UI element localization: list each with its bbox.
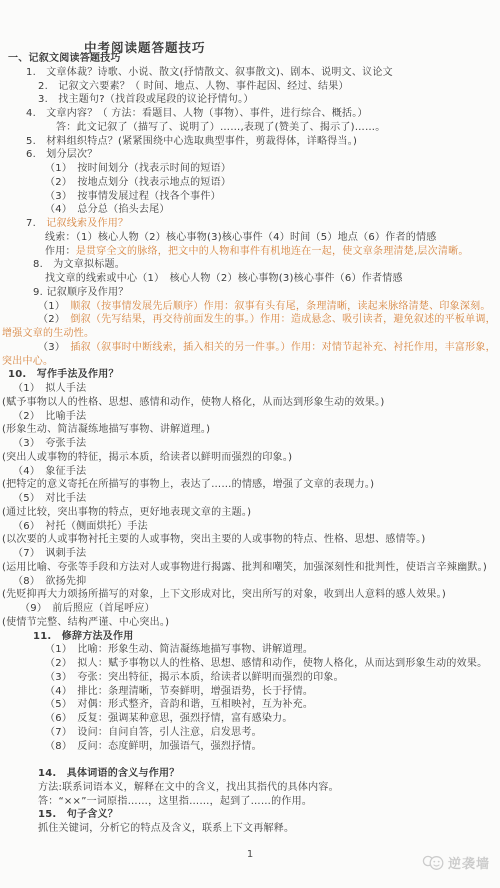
text-line: （6） 衬托（侧面烘托）手法	[0, 520, 500, 534]
text-line: （1） 比喻：形象生动、简洁凝练地描写事物、讲解道理。	[0, 643, 500, 657]
smiley-bubbles-icon	[422, 854, 445, 871]
text-line: 突出中心。	[0, 355, 500, 369]
text-segment: (以次要的人或事物衬托主要的人或事物，突出主要的人或事物的特点、性格、思想、感情…	[2, 534, 426, 545]
text-segment: （1） 按时间划分（找表示时间的短语）	[45, 163, 231, 174]
text-line: 15. 句子含义？	[0, 808, 500, 822]
document-page: 中考阅读题答题技巧 一、记叙文阅读答题技巧1. 文章体裁？诗歌、小说、散文(抒情…	[0, 0, 500, 888]
text-segment: （1）	[38, 301, 70, 312]
text-line: 11. 修辞方法及作用	[0, 630, 500, 644]
text-segment: （5） 对比手法	[13, 493, 86, 504]
text-segment: (通过比较，突出事物的特点，更好地表现文章的主题。)	[2, 507, 251, 518]
text-segment: （3） 夸张：突出特征，揭示本质，给读者以鲜明而强烈的印象。	[45, 672, 344, 683]
text-line: （2） 拟人：赋予事物以人的性格、思想、感情和动作，使物人格化，从而达到形象生动…	[0, 657, 500, 671]
text-segment: （4） 总分总（掐头去尾）	[45, 204, 170, 215]
text-segment: （2） 按地点划分（找表示地点的短语）	[45, 177, 231, 188]
text-segment: 答：“××”一词原指……，这里指……，起到了……的作用。	[38, 796, 312, 807]
text-line: （1） 按时间划分（找表示时间的短语）	[0, 162, 500, 176]
text-line: 线索：（1）核心人物（2）核心事物(3)核心事件（4）时间（5）地点（6）作者的…	[0, 231, 500, 245]
text-segment: （3） 按事情发展过程（找各个事件）	[45, 191, 221, 202]
text-line: 9. 记叙顺序及作用？	[0, 286, 500, 300]
text-segment: (突出人或事物的特征，揭示本质，给读者以鲜明而强烈的印象。)	[2, 452, 292, 463]
text-segment: （3） 夸张手法	[13, 438, 86, 449]
text-line: (通过比较，突出事物的特点，更好地表现文章的主题。)	[0, 506, 500, 520]
text-segment: （6） 反复：强调某种意思，强烈抒情，富有感染力。	[45, 713, 293, 724]
text-segment: （7） 讽刺手法	[13, 548, 86, 559]
text-segment: （4） 象征手法	[13, 466, 86, 477]
text-line: （2） 比喻手法	[0, 410, 500, 424]
text-segment: （7） 设问：自问自答，引人注意，启发思考。	[45, 727, 262, 738]
text-line: 4. 文章内容？（ 方法：看题目、人物（事物）、事件，进行综合、概括。）	[0, 107, 500, 121]
text-segment: (把特定的意义寄托在所描写的事物上，表达了……的情感，增强了文章的表现力。)	[2, 479, 374, 490]
text-segment: 突出中心。	[2, 356, 53, 367]
text-line: (把特定的意义寄托在所描写的事物上，表达了……的情感，增强了文章的表现力。)	[0, 478, 500, 492]
text-line: （1） 拟人手法	[0, 382, 500, 396]
text-segment: (先贬抑再大力颂扬所描写的对象，上下文形成对比，突出所写的对象，收到出人意料的感…	[2, 589, 446, 600]
text-line: （3） 夸张手法	[0, 437, 500, 451]
text-segment: 是贯穿全文的脉络，把文中的人物和事件有机地连在一起，使文章条理清楚,层次清晰。	[76, 246, 469, 257]
text-line: 1. 文章体裁？诗歌、小说、散文(抒情散文、叙事散文)、剧本、说明文、议论文	[0, 66, 500, 80]
text-segment: 5. 材料组织特点？(紧紧围绕中心选取典型事件，剪裁得体，详略得当。)	[26, 136, 357, 147]
text-segment: （2） 拟人：赋予事物以人的性格、思想、感情和动作，使物人格化，从而达到形象生动…	[45, 658, 487, 669]
text-line: （3） 夸张：突出特征，揭示本质，给读者以鲜明而强烈的印象。	[0, 671, 500, 685]
text-segment: 8. 为文章拟标题。	[33, 259, 125, 270]
text-segment: 7.	[26, 218, 46, 229]
text-segment: （4） 排比：条理清晰，节奏鲜明，增强语势，长于抒情。	[45, 686, 313, 697]
blank-line	[0, 753, 500, 767]
text-line: （7） 讽刺手法	[0, 547, 500, 561]
text-segment: 3. 找主题句?（找首段或尾段的议论抒情句。）	[38, 94, 254, 105]
text-line: (突出人或事物的特征，揭示本质，给读者以鲜明而强烈的印象。)	[0, 451, 500, 465]
text-line: （3） 插叙（叙事时中断线索，插入相关的另一件事。）作用：对情节起补充、衬托作用…	[0, 341, 500, 355]
text-segment: 作用：	[45, 246, 76, 257]
text-line: (以次要的人或事物衬托主要的人或事物，突出主要的人或事物的特点、性格、思想、感情…	[0, 533, 500, 547]
text-line: 7. 记叙线索及作用？	[0, 217, 500, 231]
watermark: 逆袭墙	[422, 853, 490, 872]
text-segment: 2. 记叙文六要素？（ 时间、地点、人物、事件起因、经过、结果）	[38, 81, 349, 92]
text-line: （2） 倒叙（先写结果，再交待前面发生的事。）作用：造成悬念、吸引读者，避免叙述…	[0, 313, 500, 327]
text-segment: （1） 比喻：形象生动、简洁凝练地描写事物、讲解道理。	[45, 644, 313, 655]
text-line: （5） 对比手法	[0, 492, 500, 506]
text-line: （1） 顺叙（按事情发展先后顺序）作用：叙事有头有尾，条理清晰，读起来脉络清楚、…	[0, 300, 500, 314]
text-segment: 增强文章的生动性。	[2, 328, 94, 339]
text-segment: 14. 具体词语的含义与作用？	[38, 768, 179, 779]
text-line: （7） 设问：自问自答，引人注意，启发思考。	[0, 726, 500, 740]
text-segment: （6） 衬托（侧面烘托）手法	[13, 521, 148, 532]
text-segment: 倒叙（先写结果，再交待前面发生的事。）作用：造成悬念、吸引读者，避免叙述的平板单…	[70, 314, 496, 325]
document-body: 一、记叙文阅读答题技巧1. 文章体裁？诗歌、小说、散文(抒情散文、叙事散文)、剧…	[0, 52, 500, 836]
text-line: 2. 记叙文六要素？（ 时间、地点、人物、事件起因、经过、结果）	[0, 80, 500, 94]
text-line: 作用：是贯穿全文的脉络，把文中的人物和事件有机地连在一起，使文章条理清楚,层次清…	[0, 245, 500, 259]
text-line: 8. 为文章拟标题。	[0, 258, 500, 272]
text-segment: （2） 比喻手法	[13, 411, 86, 422]
text-line: （8） 欲扬先抑	[0, 575, 500, 589]
text-line: 6. 划分层次？	[0, 148, 500, 162]
text-line: 方法:联系词语本义，解释在文中的含义，找出其指代的具体内容。	[0, 781, 500, 795]
text-segment: 记叙线索及作用？	[46, 218, 128, 229]
text-segment: 答：此文记叙了（描写了、说明了）……,表现了(赞美了、揭示了)……。	[56, 122, 385, 133]
text-segment: 插叙（叙事时中断线索，插入相关的另一件事。）作用：对情节起补充、衬托作用，丰富形…	[70, 342, 496, 353]
text-segment: （1） 拟人手法	[13, 383, 86, 394]
text-line: (使情节完整、结构严谨、中心突出。)	[0, 616, 500, 630]
text-line: （5） 对偶：形式整齐，音韵和谐，互相映衬，互为补充。	[0, 698, 500, 712]
text-line: （4） 象征手法	[0, 465, 500, 479]
text-segment: （3）	[38, 342, 70, 353]
text-line: （8） 反问：态度鲜明，加强语气，强烈抒情。	[0, 740, 500, 754]
text-line: 找文章的线索或中心（1） 核心人物（2）核心事物(3)核心事件（6）作者情感	[0, 272, 500, 286]
text-line: （4） 总分总（掐头去尾）	[0, 203, 500, 217]
text-line: 抓住关键词，分析它的特点及含义，联系上下文再解释。	[0, 822, 500, 836]
text-segment: （8） 欲扬先抑	[13, 576, 86, 587]
text-line: （2） 按地点划分（找表示地点的短语）	[0, 176, 500, 190]
text-segment: 6. 划分层次？	[26, 149, 98, 160]
text-line: （6） 反复：强调某种意思，强烈抒情，富有感染力。	[0, 712, 500, 726]
text-line: 答：此文记叙了（描写了、说明了）……,表现了(赞美了、揭示了)……。	[0, 121, 500, 135]
text-line: (运用比喻、夸张等手段和方法对人或事物进行揭露、批判和嘲笑，加强深刻性和批判性，…	[0, 561, 500, 575]
text-line: (形象生动、简洁凝练地描写事物、讲解道理。)	[0, 423, 500, 437]
text-segment: （9） 前后照应（首尾呼应）	[20, 603, 155, 614]
text-line: 14. 具体词语的含义与作用？	[0, 767, 500, 781]
text-line: （9） 前后照应（首尾呼应）	[0, 602, 500, 616]
text-line: (赋予事物以人的性格、思想、感情和动作，使物人格化，从而达到形象生动的效果。)	[0, 396, 500, 410]
text-segment: 找文章的线索或中心（1） 核心人物（2）核心事物(3)核心事件（6）作者情感	[45, 273, 403, 284]
text-segment: (运用比喻、夸张等手段和方法对人或事物进行揭露、批判和嘲笑，加强深刻性和批判性，…	[2, 562, 487, 573]
text-segment: 9. 记叙顺序及作用？	[33, 287, 128, 298]
text-segment: 4. 文章内容？（ 方法：看题目、人物（事物）、事件，进行综合、概括。）	[26, 108, 368, 119]
text-segment: (赋予事物以人的性格、思想、感情和动作，使物人格化，从而达到形象生动的效果。)	[2, 397, 385, 408]
text-segment: (使情节完整、结构严谨、中心突出。)	[2, 617, 169, 628]
text-line: 3. 找主题句?（找首段或尾段的议论抒情句。）	[0, 93, 500, 107]
text-segment: 1. 文章体裁？诗歌、小说、散文(抒情散文、叙事散文)、剧本、说明文、议论文	[26, 67, 393, 78]
text-line: 增强文章的生动性。	[0, 327, 500, 341]
text-line: （4） 排比：条理清晰，节奏鲜明，增强语势，长于抒情。	[0, 685, 500, 699]
text-line: (先贬抑再大力颂扬所描写的对象，上下文形成对比，突出所写的对象，收到出人意料的感…	[0, 588, 500, 602]
text-segment: （5） 对偶：形式整齐，音韵和谐，互相映衬，互为补充。	[45, 699, 313, 710]
text-line: 10. 写作手法及作用？	[0, 368, 500, 382]
text-segment: 顺叙（按事情发展先后顺序）作用：叙事有头有尾，条理清晰，读起来脉络清楚、印象深刻…	[70, 301, 490, 312]
text-segment: 一、记叙文阅读答题技巧	[8, 53, 121, 64]
text-segment: 线索：（1）核心人物（2）核心事物(3)核心事件（4）时间（5）地点（6）作者的…	[45, 232, 436, 243]
text-line: 5. 材料组织特点？(紧紧围绕中心选取典型事件，剪裁得体，详略得当。)	[0, 135, 500, 149]
text-segment: 方法:联系词语本义，解释在文中的含义，找出其指代的具体内容。	[38, 782, 339, 793]
text-line: 答：“××”一词原指……，这里指……，起到了……的作用。	[0, 795, 500, 809]
watermark-text: 逆袭墙	[448, 853, 490, 872]
text-segment: 10. 写作手法及作用？	[8, 369, 119, 380]
text-segment: 抓住关键词，分析它的特点及含义，联系上下文再解释。	[38, 823, 294, 834]
text-line: （3） 按事情发展过程（找各个事件）	[0, 190, 500, 204]
text-segment: （2）	[38, 314, 70, 325]
text-segment: （8） 反问：态度鲜明，加强语气，强烈抒情。	[45, 741, 262, 752]
text-segment: (形象生动、简洁凝练地描写事物、讲解道理。)	[2, 424, 210, 435]
text-segment: 15. 句子含义？	[38, 809, 118, 820]
text-segment: 11. 修辞方法及作用	[33, 631, 133, 642]
text-line: 一、记叙文阅读答题技巧	[0, 52, 500, 66]
